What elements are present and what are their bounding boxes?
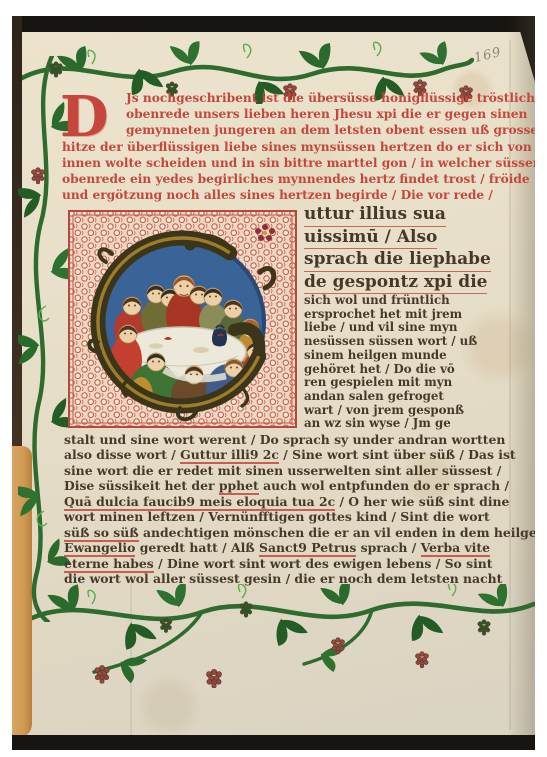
last-supper-miniature xyxy=(68,210,297,428)
backdrop-bottom xyxy=(12,735,535,750)
body-line: süß so süß andechtigen mönschen die er a… xyxy=(64,525,520,540)
text-segment: / Dine wort sint wort des ewigen lebens … xyxy=(154,556,493,571)
rubric-line: innen wolte scheiden und in sin bittre m… xyxy=(62,155,518,171)
column-line: gehöret het / Do die vō xyxy=(304,363,526,377)
column-line: ren gespielen mit myn xyxy=(304,376,526,390)
display-line: de gespontz xpi die xyxy=(304,272,526,295)
red-underlined-phrase: Verba vite xyxy=(421,540,490,557)
text-segment: sine wort die er redet mit sinen usserwe… xyxy=(64,463,501,478)
column-line: sinem heilgen munde xyxy=(304,349,526,363)
text-segment: die wort wol aller süssest gesin / die e… xyxy=(64,571,502,586)
body-line: die wort wol aller süssest gesin / die e… xyxy=(64,571,520,586)
text-segment: / Sine wort sint über süß / Das ist xyxy=(279,447,516,462)
body-line: also disse wort / Guttur illi9 2c / Sine… xyxy=(64,447,520,462)
text-segment: auch wol entpfunden do er sprach / xyxy=(259,478,509,493)
column-line: sich wol und früntlich xyxy=(304,294,526,308)
column-line: ersprochet het mit jrem xyxy=(304,308,526,322)
rubric-line: obenrede unsers lieben heren Jhesu xpi d… xyxy=(126,106,518,122)
rubric-line: und ergötzung noch alles sines hertzen b… xyxy=(62,187,518,203)
display-line-text: uttur illius sua xyxy=(304,204,446,227)
red-underlined-phrase: Sanct9 Petrus xyxy=(259,540,356,557)
body-line: stalt und sine wort werent / Do sprach s… xyxy=(64,432,520,447)
display-line-text: sprach die liephabe xyxy=(304,249,491,272)
red-underlined-phrase: eterne habes xyxy=(64,556,154,573)
rubric-line: gemynneten jungeren an dem letsten obent… xyxy=(126,122,518,138)
text-segment: stalt und sine wort werent / Do sprach s… xyxy=(64,432,505,447)
rubric-line: obenrede ein yedes begirliches mynnendes… xyxy=(62,171,518,187)
red-underlined-phrase: süß so süß xyxy=(64,525,139,542)
folio-number: 169 xyxy=(473,45,504,66)
column-line: an wz sin wyse / Jm ge xyxy=(304,417,526,431)
column-line: nesüssen süssen wort / uß xyxy=(304,335,526,349)
text-segment: also disse wort / xyxy=(64,447,180,462)
red-underlined-phrase: pphet xyxy=(219,478,259,495)
display-line: sprach die liephabe xyxy=(304,249,526,272)
text-segment: / O her wie süß sint dine xyxy=(335,494,509,509)
bottom-border-grapevine-icon xyxy=(32,584,535,688)
body-line: Ewangelio geredt hatt / Alß Sanct9 Petru… xyxy=(64,540,520,555)
rubric-line: hitze der überflüssigen liebe sines myns… xyxy=(62,139,518,155)
manuscript-page: 169 xyxy=(12,16,535,750)
column-line: andan salen gefroget xyxy=(304,390,526,404)
opening-text-column: uttur illius sua uissimū / Also sprach d… xyxy=(304,204,526,431)
red-underlined-phrase: Quā dulcia faucib9 meis eloquia tua 2c xyxy=(64,494,335,511)
text-segment: wort minen leftzen / Vernünfftigen gotte… xyxy=(64,509,490,524)
body-line: wort minen leftzen / Vernünfftigen gotte… xyxy=(64,509,520,524)
display-line: uttur illius sua xyxy=(304,204,526,227)
body-line: Dise süssikeit het der pphet auch wol en… xyxy=(64,478,520,493)
display-line-text: uissimū / Also xyxy=(304,227,437,250)
body-line: sine wort die er redet mit sinen usserwe… xyxy=(64,463,520,478)
text-segment: sprach / xyxy=(356,540,420,555)
text-segment: andechtigen mönschen die er an vil enden… xyxy=(139,525,535,540)
body-line: eterne habes / Dine wort sint wort des e… xyxy=(64,556,520,571)
rubric-initial: D xyxy=(60,92,109,142)
backdrop-top xyxy=(12,16,535,32)
text-segment: geredt hatt / Alß xyxy=(135,540,259,555)
red-underlined-phrase: Guttur illi9 2c xyxy=(180,447,279,464)
body-line: Quā dulcia faucib9 meis eloquia tua 2c /… xyxy=(64,494,520,509)
rubric: D Js nochgeschribent ist die übersüsse h… xyxy=(62,90,518,203)
rubric-line: Js nochgeschribent ist die übersüsse hon… xyxy=(126,90,518,106)
body-text: stalt und sine wort werent / Do sprach s… xyxy=(64,432,520,587)
illuminated-initial-block: G xyxy=(68,210,297,428)
column-line: wart / von jrem gesponß xyxy=(304,404,526,418)
column-line: liebe / und vil sine myn xyxy=(304,321,526,335)
text-segment: Dise süssikeit het der xyxy=(64,478,219,493)
manuscript-photo: 169 xyxy=(0,0,547,757)
red-underlined-phrase: Ewangelio xyxy=(64,540,135,557)
display-line: uissimū / Also xyxy=(304,227,526,250)
display-line-text: de gespontz xpi die xyxy=(304,272,487,295)
